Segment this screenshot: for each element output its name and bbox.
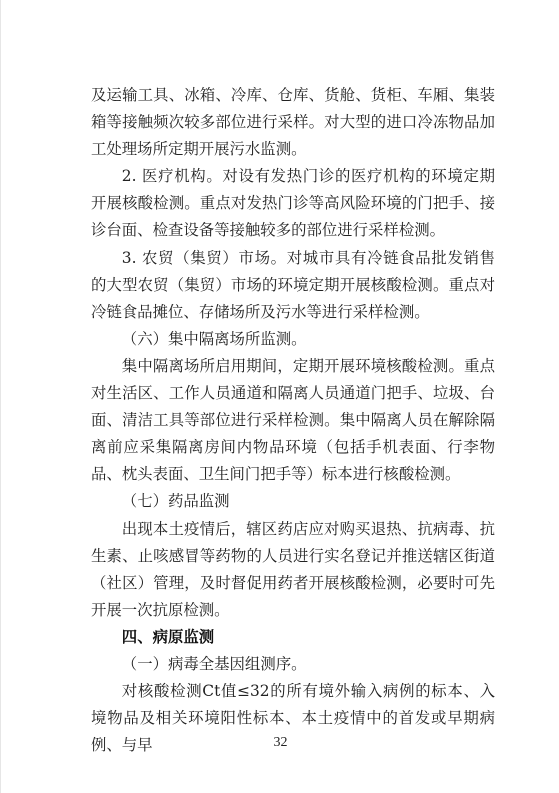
paragraph-farmers-markets: 3. 农贸（集贸）市场。对城市具有冷链食品批发销售的大型农贸（集贸）市场的环境定… <box>91 245 495 326</box>
document-page: 及运输工具、冰箱、冷库、仓库、货舱、货柜、车厢、集装箱等接触频次较多部位进行采样… <box>0 0 559 793</box>
page-number: 32 <box>1 735 559 751</box>
paragraph-medical-institutions: 2. 医疗机构。对设有发热门诊的医疗机构的环境定期开展核酸检测。重点对发热门诊等… <box>91 163 495 244</box>
paragraph-continuation: 及运输工具、冰箱、冷库、仓库、货舱、货柜、车厢、集装箱等接触频次较多部位进行采样… <box>91 82 495 163</box>
subheading-quarantine-sites: （六）集中隔离场所监测。 <box>91 326 495 353</box>
subheading-drug-monitoring: （七）药品监测 <box>91 488 495 515</box>
paragraph-quarantine-sites: 集中隔离场所启用期间，定期开展环境核酸检测。重点对生活区、工作人员通道和隔离人员… <box>91 353 495 488</box>
section-heading-pathogen-monitoring: 四、病原监测 <box>91 624 495 651</box>
page-body: 及运输工具、冰箱、冷库、仓库、货舱、货柜、车厢、集装箱等接触频次较多部位进行采样… <box>91 82 495 759</box>
paragraph-drug-monitoring: 出现本土疫情后，辖区药店应对购买退热、抗病毒、抗生素、止咳感冒等药物的人员进行实… <box>91 516 495 624</box>
subheading-genome-sequencing: （一）病毒全基因组测序。 <box>91 651 495 678</box>
